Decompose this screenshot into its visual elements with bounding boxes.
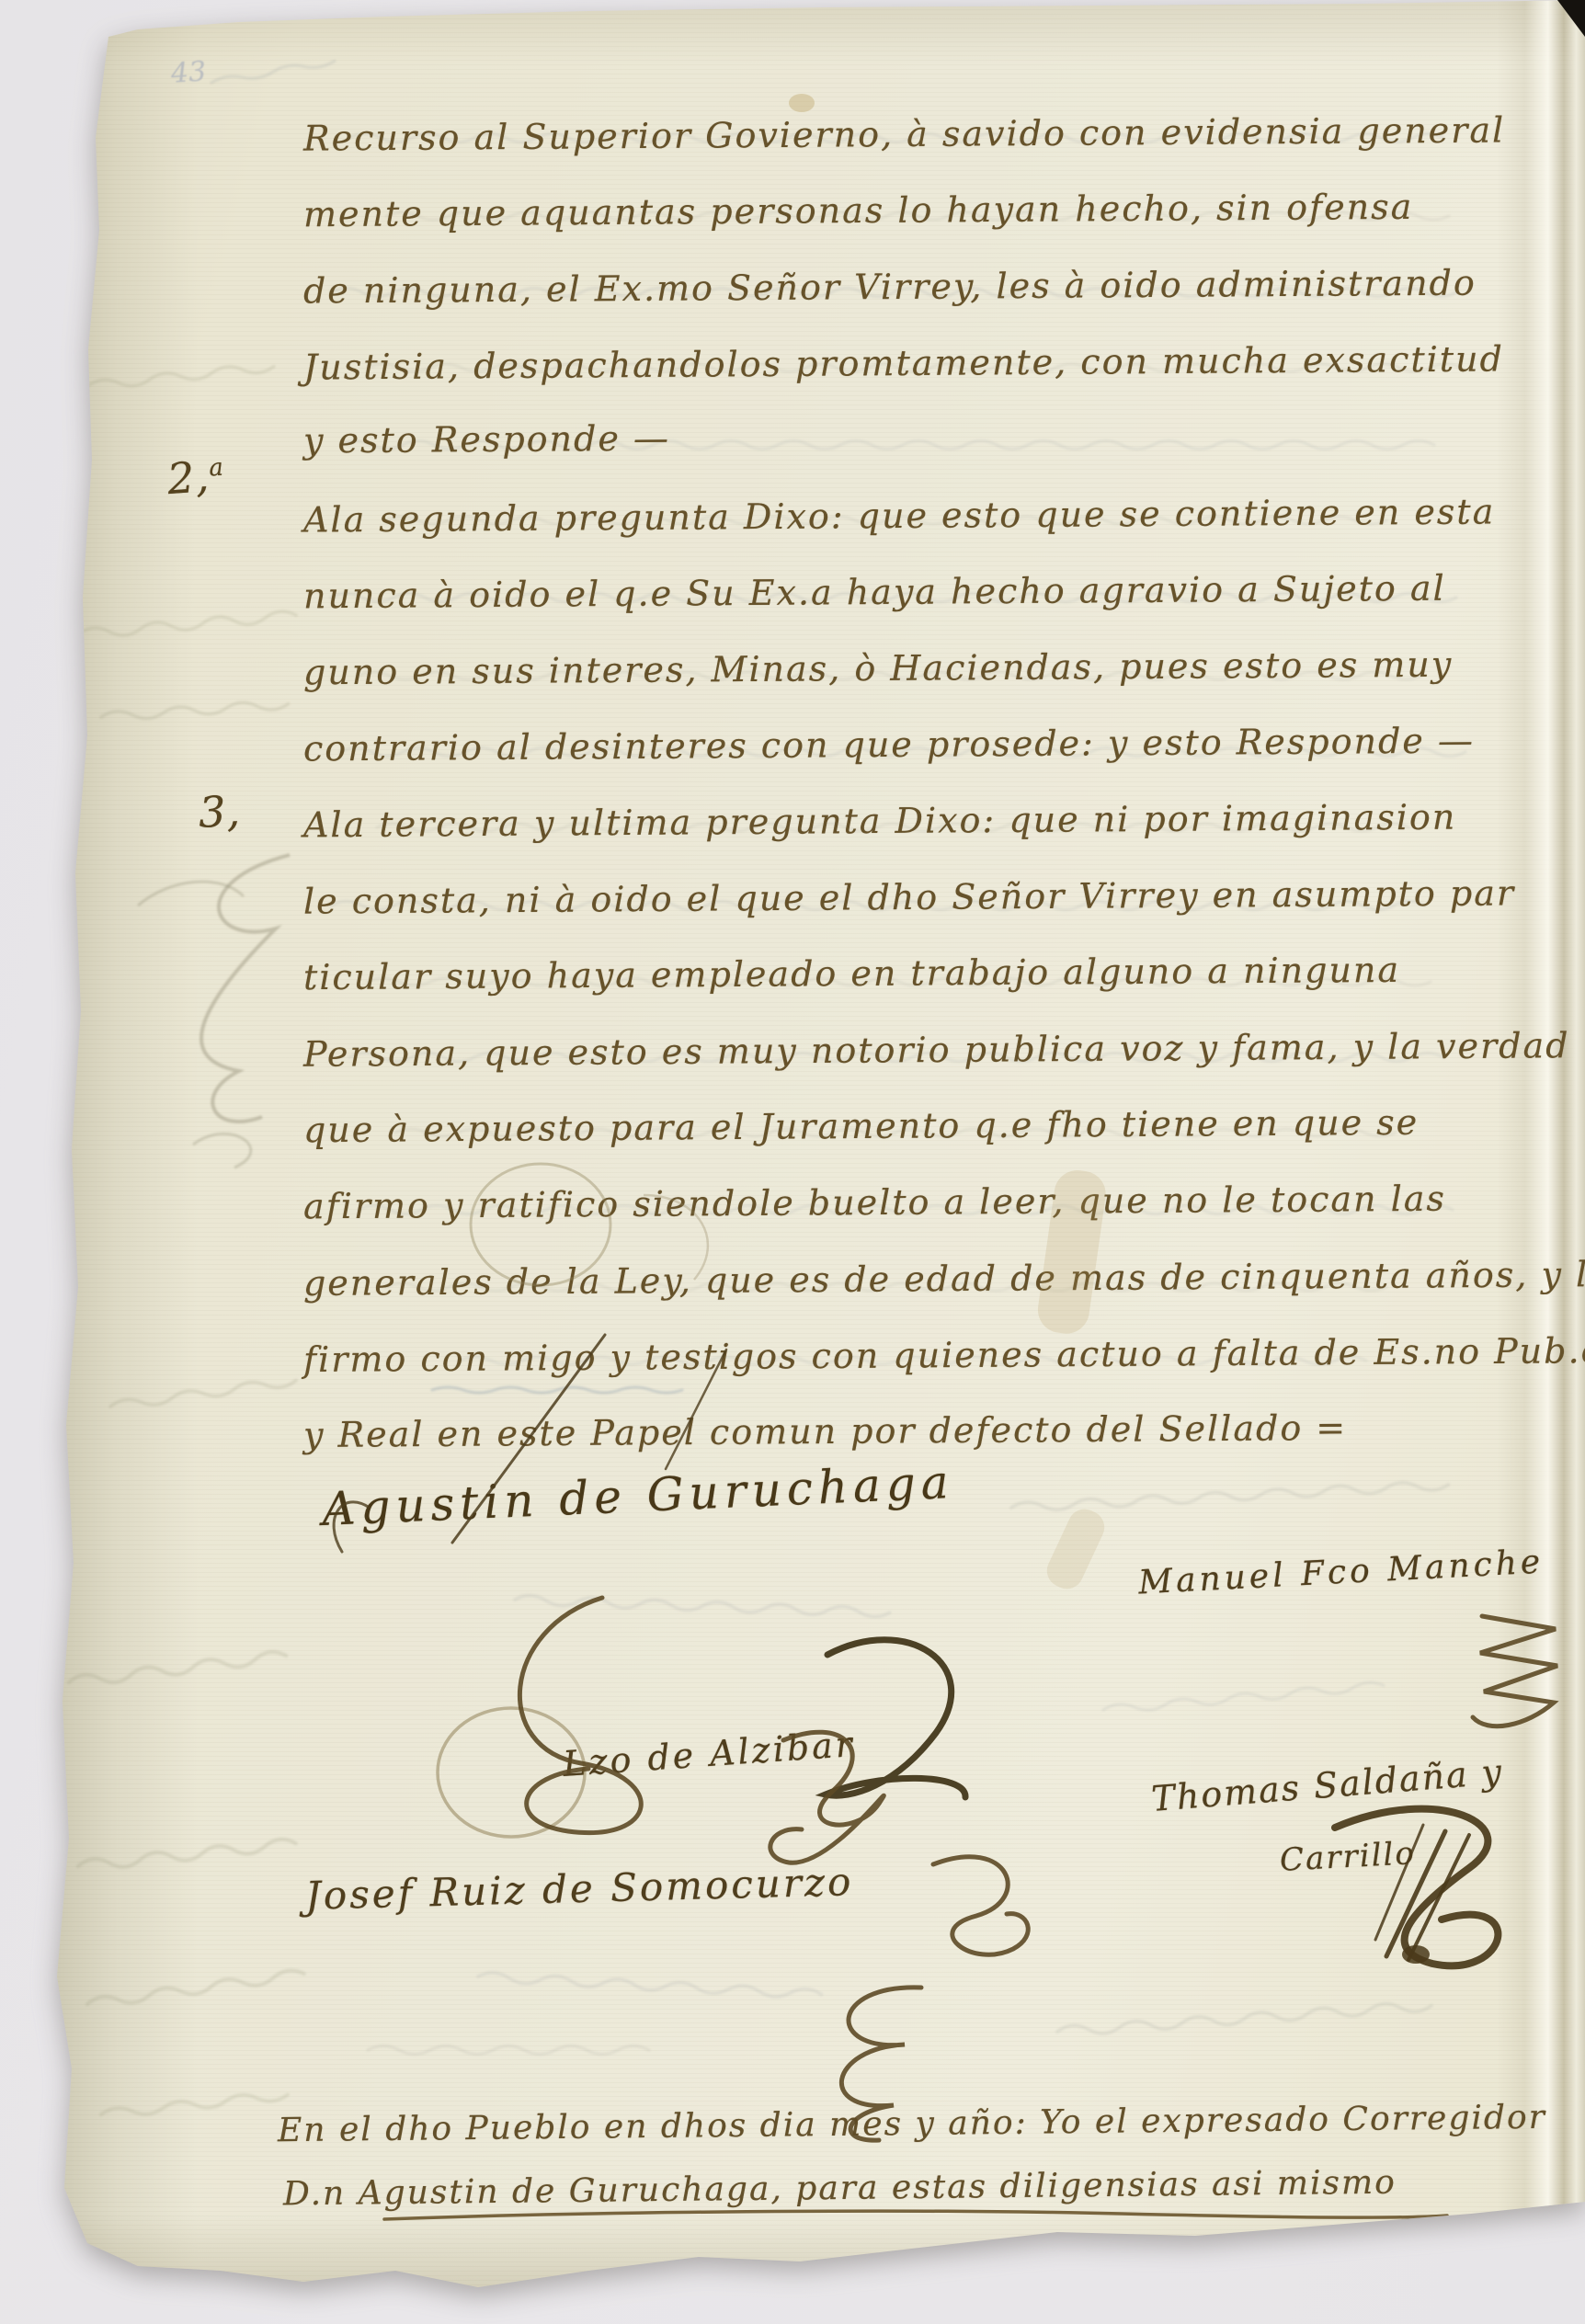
alzibar-rubric [770, 1732, 884, 1863]
ink-smudge [1042, 1504, 1110, 1594]
triple-loop-flourish [841, 1988, 921, 2140]
manche-rubric-zigzag [1473, 1616, 1557, 1726]
carrillo-rubric-hatch [1375, 1825, 1423, 1940]
binding-corner-mark [1557, 0, 1585, 37]
ink-bleed-circle [471, 1164, 610, 1285]
closing-rule [384, 2211, 1447, 2219]
signature-swash [334, 1502, 370, 1552]
ink-flourish-layer [0, 0, 1585, 2324]
ink-smudge [1035, 1168, 1109, 1337]
paper-stain [789, 94, 815, 112]
signature-ascender-stroke [666, 1350, 726, 1469]
scanned-manuscript-page: 43 2,a 3, Recurso al Superior Govierno, … [0, 0, 1585, 2324]
somocurzo-rubric [933, 1857, 1028, 1955]
signature-ascender-stroke [452, 1335, 605, 1543]
ink-blot [1402, 1945, 1430, 1964]
ink-bleed-arc [644, 1195, 708, 1280]
paper-shadow: 43 2,a 3, Recurso al Superior Govierno, … [0, 0, 1585, 2324]
carrillo-rubric-hatch [1408, 1835, 1469, 1960]
manuscript-paper: 43 2,a 3, Recurso al Superior Govierno, … [0, 0, 1585, 2324]
